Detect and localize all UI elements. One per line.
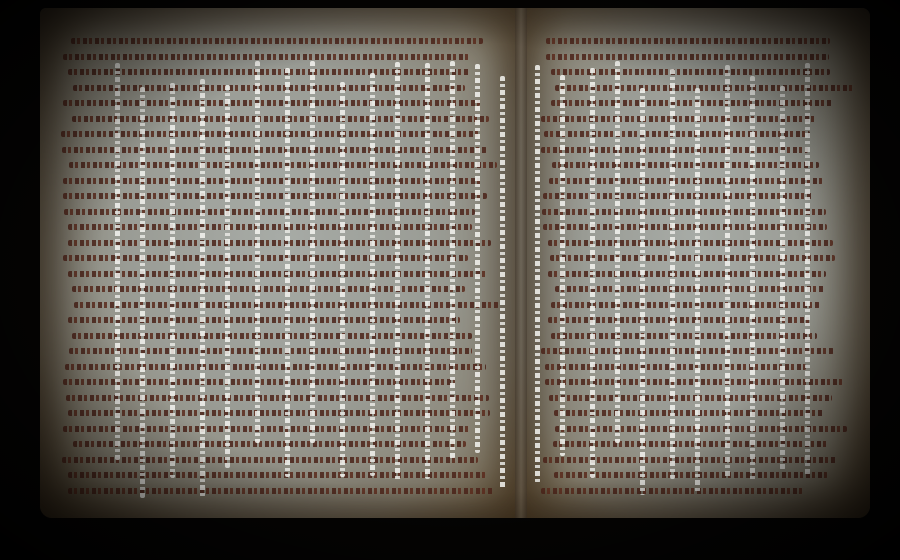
- overtext-line: [71, 38, 483, 44]
- overtext-line: [69, 162, 497, 168]
- left-page: [40, 8, 520, 518]
- undertext-column: [475, 64, 480, 453]
- undertext-column: [255, 61, 260, 444]
- overtext-line: [61, 131, 479, 137]
- undertext-column: [200, 79, 205, 497]
- overtext-line: [546, 38, 829, 44]
- undertext-column: [170, 83, 175, 478]
- right-page: [520, 8, 870, 518]
- undertext-column: [615, 61, 620, 443]
- overtext-line: [72, 333, 471, 339]
- undertext-column: [115, 63, 120, 460]
- undertext-column: [640, 88, 645, 495]
- undertext-column: [310, 61, 315, 443]
- book-gutter: [515, 8, 527, 518]
- overtext-line: [543, 193, 812, 199]
- undertext-column: [780, 86, 785, 469]
- undertext-column: [425, 63, 430, 479]
- undertext-column: [340, 82, 345, 477]
- undertext-column: [725, 65, 730, 478]
- overtext-line: [63, 100, 481, 106]
- overtext-line: [543, 457, 837, 463]
- undertext-column: [560, 75, 565, 456]
- overtext-line: [554, 472, 828, 478]
- overtext-line: [68, 488, 494, 494]
- undertext-column: [140, 87, 145, 498]
- undertext-column: [450, 61, 455, 460]
- undertext-column: [500, 76, 505, 491]
- overtext-line: [63, 178, 482, 184]
- overtext-line: [63, 426, 470, 432]
- undertext-column: [695, 88, 700, 493]
- overtext-line: [68, 69, 470, 75]
- undertext-column: [535, 65, 540, 484]
- overtext-line: [555, 426, 847, 432]
- overtext-line: [62, 457, 478, 463]
- overtext-line: [65, 364, 486, 370]
- overtext-line: [68, 472, 486, 478]
- undertext-column: [805, 63, 810, 475]
- overtext-line: [63, 193, 487, 199]
- undertext-column: [285, 68, 290, 477]
- undertext-column: [670, 69, 675, 479]
- undertext-column: [225, 85, 230, 468]
- overtext-line: [544, 131, 810, 137]
- undertext-column: [370, 73, 375, 476]
- overtext-line: [541, 116, 818, 122]
- overtext-line: [64, 209, 475, 215]
- overtext-line: [62, 147, 487, 153]
- overtext-line: [68, 224, 472, 230]
- overtext-line: [546, 54, 830, 60]
- overtext-line: [541, 488, 804, 494]
- overtext-line: [63, 255, 468, 261]
- overtext-line: [69, 348, 472, 354]
- overtext-line: [73, 441, 465, 447]
- overtext-line: [72, 286, 465, 292]
- overtext-line: [73, 85, 466, 91]
- overtext-line: [68, 317, 460, 323]
- overtext-line: [548, 317, 812, 323]
- overtext-line: [63, 54, 469, 60]
- overtext-line: [545, 364, 806, 370]
- overtext-line: [541, 348, 834, 354]
- undertext-column: [395, 62, 400, 482]
- undertext-column: [750, 76, 755, 482]
- undertext-column: [590, 68, 595, 478]
